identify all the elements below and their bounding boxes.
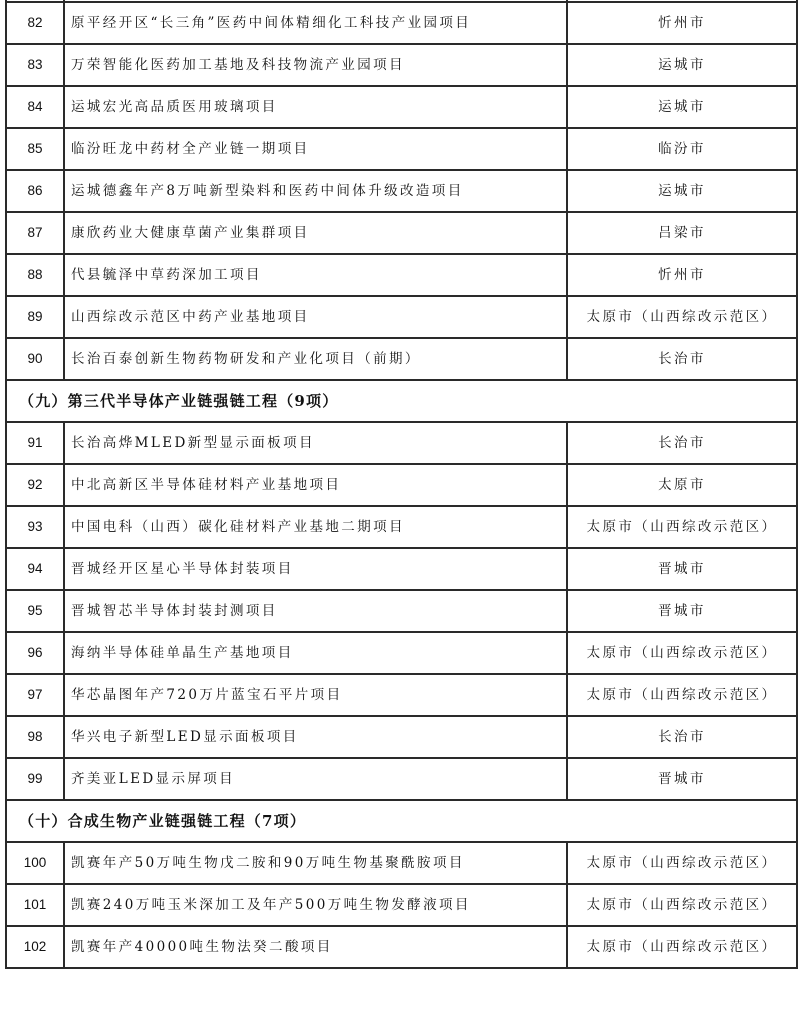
table-row: 100 凯赛年产50万吨生物戊二胺和90万吨生物基聚酰胺项目 太原市（山西综改示… [6, 842, 797, 884]
table-row: 82 原平经开区“长三角”医药中间体精细化工科技产业园项目 忻州市 [6, 2, 797, 44]
row-number: 88 [6, 254, 64, 296]
row-number: 91 [6, 422, 64, 464]
row-number: 96 [6, 632, 64, 674]
section-title: （十）合成生物产业链强链工程（7项） [6, 800, 797, 842]
project-city: 太原市（山西综改示范区） [567, 926, 797, 968]
project-name: 华芯晶图年产720万片蓝宝石平片项目 [64, 674, 567, 716]
project-name: 晋城智芯半导体封装封测项目 [64, 590, 567, 632]
project-name: 海纳半导体硅单晶生产基地项目 [64, 632, 567, 674]
row-number: 84 [6, 86, 64, 128]
project-city: 太原市（山西综改示范区） [567, 842, 797, 884]
table-row: 99 齐美亚LED显示屏项目 晋城市 [6, 758, 797, 800]
row-number: 92 [6, 464, 64, 506]
table-row: 88 代县毓泽中草药深加工项目 忻州市 [6, 254, 797, 296]
row-number: 90 [6, 338, 64, 380]
project-name: 代县毓泽中草药深加工项目 [64, 254, 567, 296]
row-number: 93 [6, 506, 64, 548]
project-city: 长治市 [567, 338, 797, 380]
table-row: 101 凯赛240万吨玉米深加工及年产500万吨生物发酵液项目 太原市（山西综改… [6, 884, 797, 926]
project-city: 长治市 [567, 422, 797, 464]
project-city: 运城市 [567, 86, 797, 128]
project-name: 运城宏光高品质医用玻璃项目 [64, 86, 567, 128]
project-city: 晋城市 [567, 590, 797, 632]
project-city: 太原市（山西综改示范区） [567, 506, 797, 548]
project-city: 吕梁市 [567, 212, 797, 254]
row-number: 95 [6, 590, 64, 632]
table-row: 86 运城德鑫年产8万吨新型染料和医药中间体升级改造项目 运城市 [6, 170, 797, 212]
table-row: 83 万荣智能化医药加工基地及科技物流产业园项目 运城市 [6, 44, 797, 86]
row-number: 83 [6, 44, 64, 86]
table-row: 92 中北高新区半导体硅材料产业基地项目 太原市 [6, 464, 797, 506]
table-row: 95 晋城智芯半导体封装封测项目 晋城市 [6, 590, 797, 632]
project-name: 中国电科（山西）碳化硅材料产业基地二期项目 [64, 506, 567, 548]
project-name: 晋城经开区星心半导体封装项目 [64, 548, 567, 590]
table-row: 84 运城宏光高品质医用玻璃项目 运城市 [6, 86, 797, 128]
project-city: 忻州市 [567, 254, 797, 296]
table-row: 98 华兴电子新型LED显示面板项目 长治市 [6, 716, 797, 758]
project-list-sheet: 82 原平经开区“长三角”医药中间体精细化工科技产业园项目 忻州市 83 万荣智… [5, 0, 796, 969]
project-name: 长治百泰创新生物药物研发和产业化项目（前期） [64, 338, 567, 380]
project-table: 82 原平经开区“长三角”医药中间体精细化工科技产业园项目 忻州市 83 万荣智… [5, 0, 798, 969]
project-name: 中北高新区半导体硅材料产业基地项目 [64, 464, 567, 506]
project-city: 晋城市 [567, 758, 797, 800]
section-header-row: （十）合成生物产业链强链工程（7项） [6, 800, 797, 842]
table-row: 85 临汾旺龙中药材全产业链一期项目 临汾市 [6, 128, 797, 170]
row-number: 94 [6, 548, 64, 590]
row-number: 99 [6, 758, 64, 800]
table-row: 93 中国电科（山西）碳化硅材料产业基地二期项目 太原市（山西综改示范区） [6, 506, 797, 548]
project-city: 太原市（山西综改示范区） [567, 296, 797, 338]
table-row: 102 凯赛年产40000吨生物法癸二酸项目 太原市（山西综改示范区） [6, 926, 797, 968]
row-number: 85 [6, 128, 64, 170]
project-city: 长治市 [567, 716, 797, 758]
table-row: 94 晋城经开区星心半导体封装项目 晋城市 [6, 548, 797, 590]
project-city: 太原市（山西综改示范区） [567, 884, 797, 926]
project-name: 原平经开区“长三角”医药中间体精细化工科技产业园项目 [64, 2, 567, 44]
row-number: 102 [6, 926, 64, 968]
project-city: 运城市 [567, 170, 797, 212]
table-row: 96 海纳半导体硅单晶生产基地项目 太原市（山西综改示范区） [6, 632, 797, 674]
project-name: 齐美亚LED显示屏项目 [64, 758, 567, 800]
project-city: 太原市（山西综改示范区） [567, 632, 797, 674]
project-name: 长治高烨MLED新型显示面板项目 [64, 422, 567, 464]
row-number: 82 [6, 2, 64, 44]
row-number: 86 [6, 170, 64, 212]
project-name: 万荣智能化医药加工基地及科技物流产业园项目 [64, 44, 567, 86]
table-row: 91 长治高烨MLED新型显示面板项目 长治市 [6, 422, 797, 464]
table-row: 87 康欣药业大健康草菌产业集群项目 吕梁市 [6, 212, 797, 254]
row-number: 89 [6, 296, 64, 338]
project-name: 运城德鑫年产8万吨新型染料和医药中间体升级改造项目 [64, 170, 567, 212]
section-title: （九）第三代半导体产业链强链工程（9项） [6, 380, 797, 422]
project-name: 临汾旺龙中药材全产业链一期项目 [64, 128, 567, 170]
project-name: 凯赛年产50万吨生物戊二胺和90万吨生物基聚酰胺项目 [64, 842, 567, 884]
table-row: 90 长治百泰创新生物药物研发和产业化项目（前期） 长治市 [6, 338, 797, 380]
project-city: 晋城市 [567, 548, 797, 590]
project-city: 忻州市 [567, 2, 797, 44]
row-number: 87 [6, 212, 64, 254]
project-table-body: 82 原平经开区“长三角”医药中间体精细化工科技产业园项目 忻州市 83 万荣智… [6, 0, 797, 968]
row-number: 98 [6, 716, 64, 758]
project-name: 凯赛240万吨玉米深加工及年产500万吨生物发酵液项目 [64, 884, 567, 926]
project-city: 太原市（山西综改示范区） [567, 674, 797, 716]
table-row: 97 华芯晶图年产720万片蓝宝石平片项目 太原市（山西综改示范区） [6, 674, 797, 716]
project-name: 华兴电子新型LED显示面板项目 [64, 716, 567, 758]
project-name: 康欣药业大健康草菌产业集群项目 [64, 212, 567, 254]
project-city: 太原市 [567, 464, 797, 506]
project-city: 临汾市 [567, 128, 797, 170]
section-header-row: （九）第三代半导体产业链强链工程（9项） [6, 380, 797, 422]
row-number: 97 [6, 674, 64, 716]
row-number: 100 [6, 842, 64, 884]
project-name: 凯赛年产40000吨生物法癸二酸项目 [64, 926, 567, 968]
project-name: 山西综改示范区中药产业基地项目 [64, 296, 567, 338]
row-number: 101 [6, 884, 64, 926]
project-city: 运城市 [567, 44, 797, 86]
table-row: 89 山西综改示范区中药产业基地项目 太原市（山西综改示范区） [6, 296, 797, 338]
